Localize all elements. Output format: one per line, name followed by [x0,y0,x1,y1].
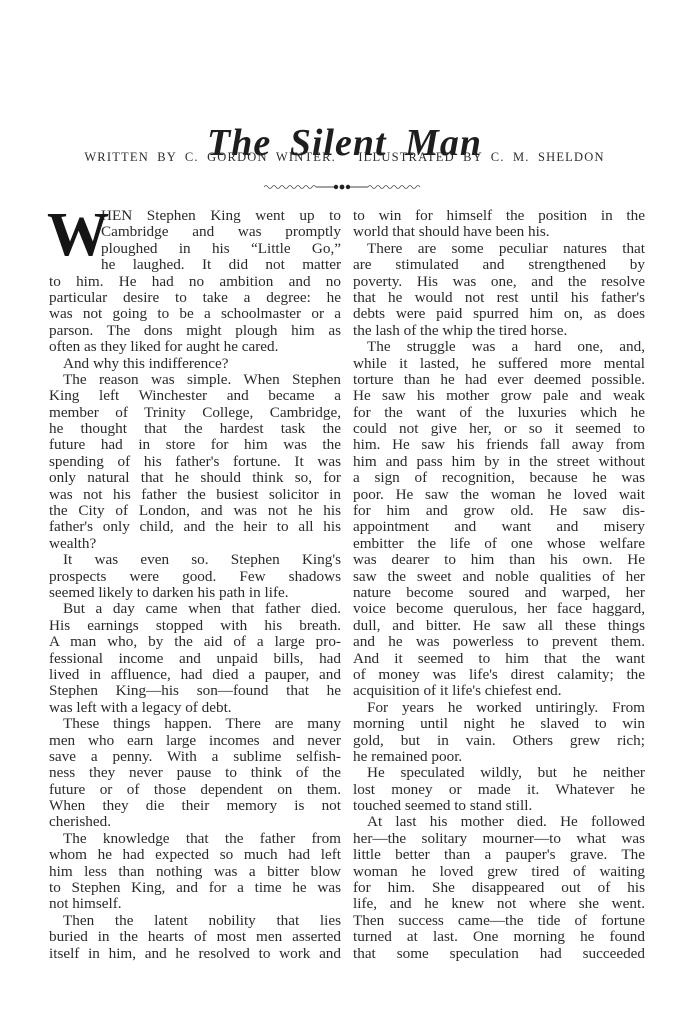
text-line: voice become querulous, her face haggard… [353,601,645,617]
text-line: father's only child, and the heir to all… [49,519,341,535]
text-line: for the want of the luxuries which he [353,405,645,421]
text-line: torture than he had ever deemed possible… [353,372,645,388]
text-line: world that should have been his. [353,224,645,240]
text-line: and he was powerless to prevent them. [353,634,645,650]
text-line: acquisition of it life's chiefest end. [353,683,645,699]
text-line: For years he worked untiringly. From [353,700,645,716]
text-line: morning until night he slaved to win [353,716,645,732]
text-line: little better than a pauper's grave. The [353,847,645,863]
text-line: not himself. [49,896,341,912]
text-line: A man who, by the aid of a large pro- [49,634,341,650]
text-line: lost money or made it. Whatever he [353,782,645,798]
text-line: King left Winchester and became a [49,388,341,404]
right-column: to win for himself the position in thewo… [353,208,645,962]
text-line: to Stephen King, and for a time he was [49,880,341,896]
text-line: him less than nothing was a bitter blow [49,864,341,880]
text-line: It was even so. Stephen King's [49,552,341,568]
byline: WRITTEN BY C. GORDON WINTER. ILLUSTRATED… [0,150,689,165]
text-line: save a penny. With a sublime selfish- [49,749,341,765]
text-line: for him and grow old. He saw dis- [353,503,645,519]
text-line: life, and he knew not where she went. [353,896,645,912]
text-line: woman he loved grew tired of waiting [353,864,645,880]
text-line: poor. He saw the woman he loved wait [353,487,645,503]
text-line: he remained poor. [353,749,645,765]
text-line: future had in store for him was the [49,437,341,453]
text-line: could not give her, or so it seemed to [353,421,645,437]
text-line: he thought that the hardest task the [49,421,341,437]
text-line: parson. The dons might plough him as [49,323,341,339]
text-line: He saw his mother grow pale and weak [353,388,645,404]
drop-cap: W [47,204,109,266]
text-line: These things happen. There are many [49,716,341,732]
text-line: itself in him, and he resolved to work a… [49,946,341,962]
text-line: And why this indifference? [49,356,341,372]
text-line: His earnings stopped with his breath. [49,618,341,634]
text-line: dull, and bitter. He saw all these thing… [353,618,645,634]
text-line: Then the latent nobility that lies [49,913,341,929]
text-line: was not his father the busiest solicitor… [49,487,341,503]
text-line: touched seemed to stand still. [353,798,645,814]
text-line: of money was life's direst calamity; the [353,667,645,683]
text-line: fessional income and unpaid bills, had [49,651,341,667]
text-line: He speculated wildly, but he neither [353,765,645,781]
text-line: At last his mother died. He followed [353,814,645,830]
text-line: the City of London, and was not he his [49,503,341,519]
text-line: When they die their memory is not [49,798,341,814]
text-line: men who earn large incomes and never [49,733,341,749]
text-line: spending of his father's fortune. It was [49,454,341,470]
text-line: future or of those dependent on them. [49,782,341,798]
text-line: embitter the life of one whose welfare [353,536,645,552]
text-line: was left with a legacy of debt. [49,700,341,716]
left-column: W HEN Stephen King went up toCambridge a… [49,208,341,962]
text-line: while it lasted, he suffered more mental [353,356,645,372]
text-line: seemed likely to darken his path in life… [49,585,341,601]
text-line: lived in affluence, had died a pauper, a… [49,667,341,683]
illustrator-credit: ILLUSTRATED BY C. M. SHELDON [358,150,604,164]
text-line: for him. She disappeared out of his [353,880,645,896]
text-line: debts were paid spurred him on, as does [353,306,645,322]
author-credit: WRITTEN BY C. GORDON WINTER. [84,150,336,164]
text-line: him and pass him by in the street withou… [353,454,645,470]
text-line: prospects were good. Few shadows [49,569,341,585]
text-line: The struggle was a hard one, and, [353,339,645,355]
text-line: her—the solitary mourner—to what was [353,831,645,847]
text-line: that he would not rest until his father'… [353,290,645,306]
text-line: member of Trinity College, Cambridge, [49,405,341,421]
text-line: turned at last. One morning he found [353,929,645,945]
text-line: often as they liked for aught he cared. [49,339,341,355]
text-line: are stimulated and strengthened by [353,257,645,273]
text-line: a sign of recognition, because he was [353,470,645,486]
text-line: poverty. His was one, and the resolve [353,274,645,290]
text-line: buried in the hearts of most men asserte… [49,929,341,945]
text-line: saw the sweet and noble qualities of her [353,569,645,585]
text-line: nature become soured and warped, her [353,585,645,601]
text-line: gold, but in vain. Others grew rich; [353,733,645,749]
text-line: whom he had expected so much had left [49,847,341,863]
ornament-divider-icon [262,183,422,191]
text-line: The reason was simple. When Stephen [49,372,341,388]
text-line: appointment and want and misery [353,519,645,535]
text-line: Then success came—the tide of fortune [353,913,645,929]
text-line: cherished. [49,814,341,830]
text-line: Stephen King—his son—found that he [49,683,341,699]
text-line: the lash of the whip the tired horse. [353,323,645,339]
text-line: was not going to be a schoolmaster or a [49,306,341,322]
text-line: ness they never pause to think of the [49,765,341,781]
text-line: that some speculation had succeeded [353,946,645,962]
text-line: to win for himself the position in the [353,208,645,224]
text-line: to him. He had no ambition and no [49,274,341,290]
text-line: But a day came when that father died. [49,601,341,617]
text-line: And it seemed to him that the want [353,651,645,667]
text-line: particular desire to take a degree: he [49,290,341,306]
text-line: The knowledge that the father from [49,831,341,847]
text-line: only natural that he should think so, fo… [49,470,341,486]
text-line: wealth? [49,536,341,552]
text-line: There are some peculiar natures that [353,241,645,257]
text-line: him. He saw his friends fall away from [353,437,645,453]
text-line: was dearer to him than his own. He [353,552,645,568]
